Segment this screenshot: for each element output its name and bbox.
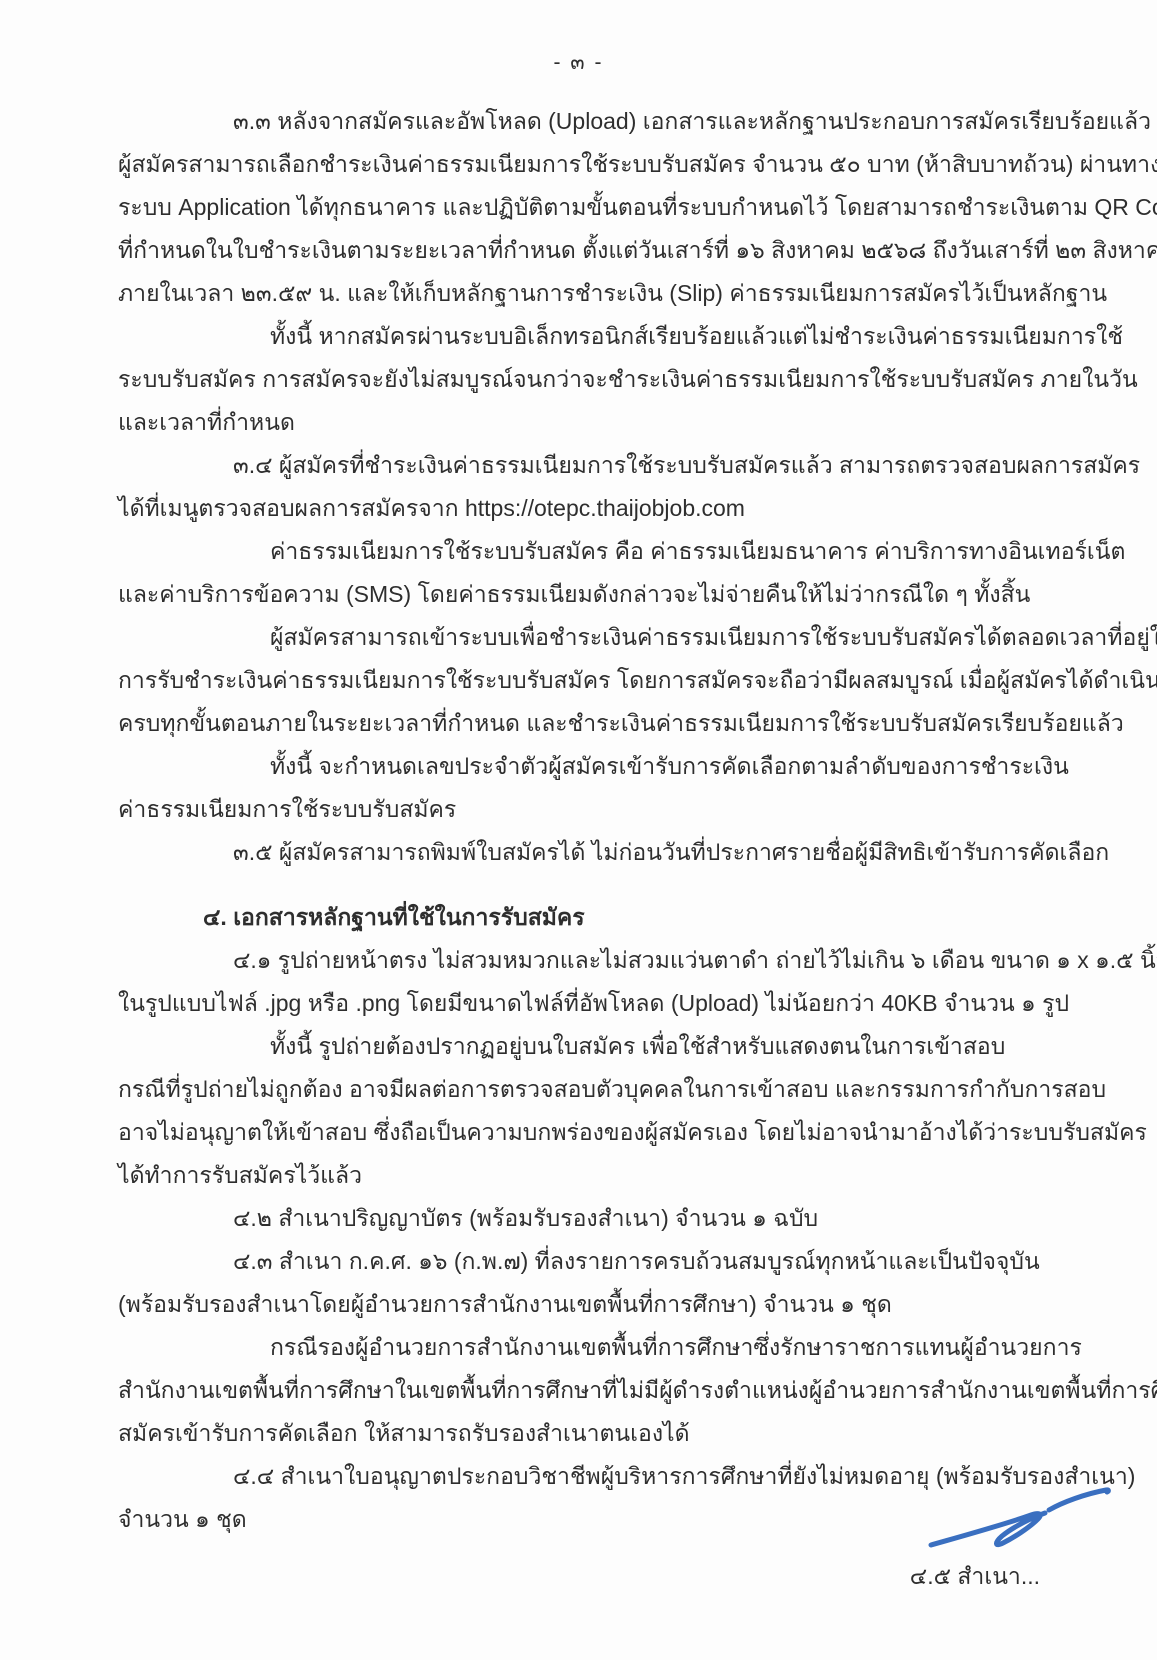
text-line: ๔.๑ รูปถ่ายหน้าตรง ไม่สวมหมวกและไม่สวมแว… [118, 939, 1042, 982]
text-line: ที่กำหนดในใบชำระเงินตามระยะเวลาที่กำหนด … [118, 229, 1042, 272]
text-line: ทั้งนี้ จะกำหนดเลขประจำตัวผู้สมัครเข้ารั… [118, 745, 1042, 788]
page-number: - ๓ - [0, 46, 1157, 79]
text-line: ทั้งนี้ หากสมัครผ่านระบบอิเล็กทรอนิกส์เร… [118, 315, 1042, 358]
text-line: ทั้งนี้ รูปถ่ายต้องปรากฏอยู่บนใบสมัคร เพ… [118, 1025, 1042, 1068]
text-line: ผู้สมัครสามารถเลือกชำระเงินค่าธรรมเนียมก… [118, 143, 1042, 186]
text-line: ๔.๓ สำเนา ก.ค.ศ. ๑๖ (ก.พ.๗) ที่ลงรายการค… [118, 1240, 1042, 1283]
document-page: - ๓ - ๓.๓ หลังจากสมัครและอัพโหลด (Upload… [0, 0, 1157, 1660]
text-line: จำนวน ๑ ชุด [118, 1498, 1042, 1541]
signature-ink-icon [925, 1483, 1115, 1563]
text-line: สำนักงานเขตพื้นที่การศึกษาในเขตพื้นที่กา… [118, 1369, 1042, 1412]
text-line: ผู้สมัครสามารถเข้าระบบเพื่อชำระเงินค่าธร… [118, 616, 1042, 659]
text-line: กรณีรองผู้อำนวยการสำนักงานเขตพื้นที่การศ… [118, 1326, 1042, 1369]
text-line: สมัครเข้ารับการคัดเลือก ให้สามารถรับรองส… [118, 1412, 1042, 1455]
text-line: ๓.๔ ผู้สมัครที่ชำระเงินค่าธรรมเนียมการใช… [118, 444, 1042, 487]
text-line: ระบบรับสมัคร การสมัครจะยังไม่สมบูรณ์จนกว… [118, 358, 1042, 401]
text-line: ๔.๔ สำเนาใบอนุญาตประกอบวิชาชีพผู้บริหารก… [118, 1455, 1042, 1498]
document-body: ๓.๓ หลังจากสมัครและอัพโหลด (Upload) เอกส… [118, 100, 1042, 1598]
text-line: ครบทุกขั้นตอนภายในระยะเวลาที่กำหนด และชำ… [118, 702, 1042, 745]
continuation-catchword: ๔.๕ สำเนา... [118, 1555, 1042, 1598]
text-line: กรณีที่รูปถ่ายไม่ถูกต้อง อาจมีผลต่อการตร… [118, 1068, 1042, 1111]
text-line: ค่าธรรมเนียมการใช้ระบบรับสมัคร คือ ค่าธร… [118, 530, 1042, 573]
text-line: ระบบ Application ได้ทุกธนาคาร และปฏิบัติ… [118, 186, 1042, 229]
text-line: ภายในเวลา ๒๓.๕๙ น. และให้เก็บหลักฐานการช… [118, 272, 1042, 315]
text-line: ๔.๒ สำเนาปริญญาบัตร (พร้อมรับรองสำเนา) จ… [118, 1197, 1042, 1240]
text-line: ๓.๓ หลังจากสมัครและอัพโหลด (Upload) เอกส… [118, 100, 1042, 143]
section-heading: ๔. เอกสารหลักฐานที่ใช้ในการรับสมัคร [118, 896, 1042, 939]
text-line: ในรูปแบบไฟล์ .jpg หรือ .png โดยมีขนาดไฟล… [118, 982, 1042, 1025]
text-line: (พร้อมรับรองสำเนาโดยผู้อำนวยการสำนักงานเ… [118, 1283, 1042, 1326]
text-line: อาจไม่อนุญาตให้เข้าสอบ ซึ่งถือเป็นความบก… [118, 1111, 1042, 1154]
text-line: และเวลาที่กำหนด [118, 401, 1042, 444]
text-line: ค่าธรรมเนียมการใช้ระบบรับสมัคร [118, 788, 1042, 831]
text-line: ๓.๕ ผู้สมัครสามารถพิมพ์ใบสมัครได้ ไม่ก่อ… [118, 831, 1042, 874]
text-line: ได้ทำการรับสมัครไว้แล้ว [118, 1154, 1042, 1197]
text-line: และค่าบริการข้อความ (SMS) โดยค่าธรรมเนีย… [118, 573, 1042, 616]
text-line: การรับชำระเงินค่าธรรมเนียมการใช้ระบบรับส… [118, 659, 1042, 702]
text-line: ได้ที่เมนูตรวจสอบผลการสมัครจาก https://o… [118, 487, 1042, 530]
